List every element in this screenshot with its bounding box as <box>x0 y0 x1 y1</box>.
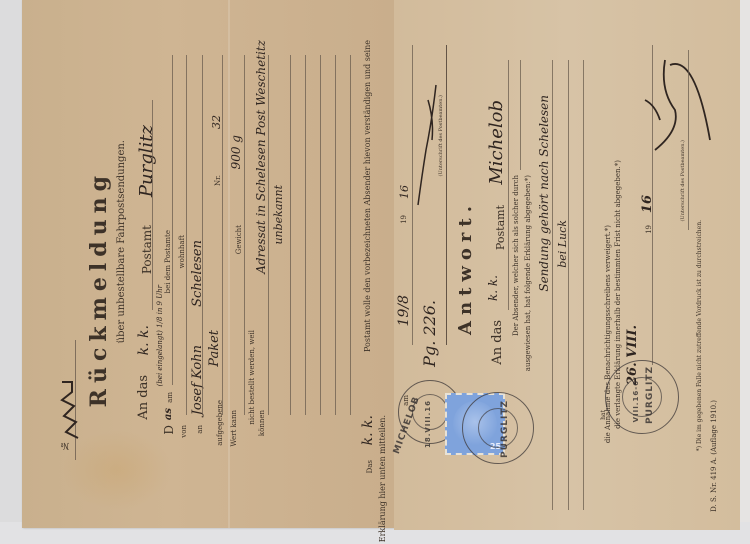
line-aufgegebene <box>222 55 223 415</box>
line-blank2 <box>320 55 321 415</box>
line-blank1 <box>305 55 306 415</box>
d-value: as <box>163 408 174 420</box>
antwort-title: Antwort. <box>455 200 476 335</box>
bei-dem-postamte-label: bei dem Postamte <box>164 230 172 293</box>
purglitz-town-2: PURGLITZ <box>645 366 655 424</box>
koennen-label: können <box>258 410 266 436</box>
purglitz-cancellation-1 <box>462 392 534 464</box>
postal-signature-caption: (Unterschrift des Postbeamten.) <box>438 95 444 176</box>
reason-line1: Adressat in Schelesen Post Weschetitz <box>254 40 268 274</box>
form-subtitle: über unbestellbare Fahrpostsendungen. <box>116 140 127 343</box>
antwort-postamt-label: Postamt <box>494 205 507 250</box>
d-label: D <box>162 425 176 435</box>
line-blank3 <box>335 55 336 415</box>
paper-crease <box>228 0 230 528</box>
rueckmeldung-panel <box>22 0 394 528</box>
von-label: von <box>180 425 188 438</box>
answer-line-2 <box>568 60 569 510</box>
postamt-line <box>152 100 153 310</box>
line-reason2 <box>290 55 291 415</box>
line-reason1 <box>268 55 269 415</box>
year-prefix: 19 <box>400 215 408 224</box>
answer-line-1 <box>552 60 553 510</box>
sender-line <box>520 60 521 170</box>
michelob-date: 18.VIII.16 <box>424 400 432 448</box>
nr-label: Nr. <box>214 175 222 186</box>
arrival-annotation: (bei eingelangt) 1/8 in 9 Uhr <box>156 285 164 386</box>
background <box>0 0 22 544</box>
footer-das-label: Das <box>366 460 374 473</box>
purglitz-cancellation-2 <box>605 360 679 434</box>
footnote: *) Die im gegebenen Falle nicht zutreffe… <box>696 220 703 451</box>
official-signature-line <box>688 50 689 230</box>
purglitz-date-2: VIII.16-6 <box>632 380 640 422</box>
purglitz-town-1: PURGLITZ <box>500 400 510 458</box>
official-signature-caption: (Unterschrift des Postbeamten.) <box>680 140 686 221</box>
reference-number: Pg. 226. <box>420 300 439 367</box>
sender-text-2: ausgewiesen hat, hat folgende Erklärung … <box>524 175 532 371</box>
year-value: 16 <box>398 185 411 199</box>
to-value: k. k. <box>136 325 152 355</box>
line-gewicht <box>244 55 245 415</box>
form-title: Rückmeldung <box>86 170 112 407</box>
wohnhaft-label: wohnhaft <box>178 235 186 268</box>
date-handwritten: 19/8 <box>396 295 412 326</box>
footer-instruction-2: Erklärung hier unten mitteilen. <box>378 415 387 542</box>
answer-line1: Sendung gehört nach Schelesen <box>537 95 551 292</box>
sender-text: Der Absender, welcher sich als solcher d… <box>512 175 520 336</box>
antwort-to-value: k. k. <box>486 275 500 301</box>
item-type: Paket <box>207 330 222 367</box>
nicht-bestellt-label: nicht bestellt werden, weil <box>248 330 256 425</box>
number-label: № <box>60 440 70 450</box>
number-signature <box>58 380 86 440</box>
wert-kann-label: Wert kann <box>230 410 238 447</box>
paper-stain <box>62 430 172 510</box>
gewicht-value: 900 g <box>229 135 243 169</box>
antwort-postamt-line <box>508 60 509 310</box>
am-label: am <box>166 392 174 403</box>
section-divider <box>446 45 447 345</box>
line-von <box>186 55 187 415</box>
footer-das-value: k. k. <box>360 415 376 445</box>
answer-line-3 <box>583 60 584 510</box>
form-number: D. S. Nr. 419 A. (Auflage 1910.) <box>710 400 718 512</box>
official-signature <box>625 50 720 160</box>
reason-line2: unbekannt <box>272 185 285 245</box>
line-d <box>172 55 173 385</box>
footer-instruction: Postamt wolle den vorbezeichneten Absend… <box>363 40 372 352</box>
gewicht-label: Gewicht <box>235 225 243 254</box>
line-blank4 <box>350 55 351 415</box>
to-label: An das <box>136 375 151 420</box>
antwort-to-label: An das <box>490 320 505 365</box>
antwort-postamt-value: Michelob <box>486 100 507 185</box>
postamt-value: Purglitz <box>136 125 157 197</box>
line-an <box>202 55 203 415</box>
an-label: an <box>196 425 204 434</box>
postal-signature-line <box>412 45 413 345</box>
